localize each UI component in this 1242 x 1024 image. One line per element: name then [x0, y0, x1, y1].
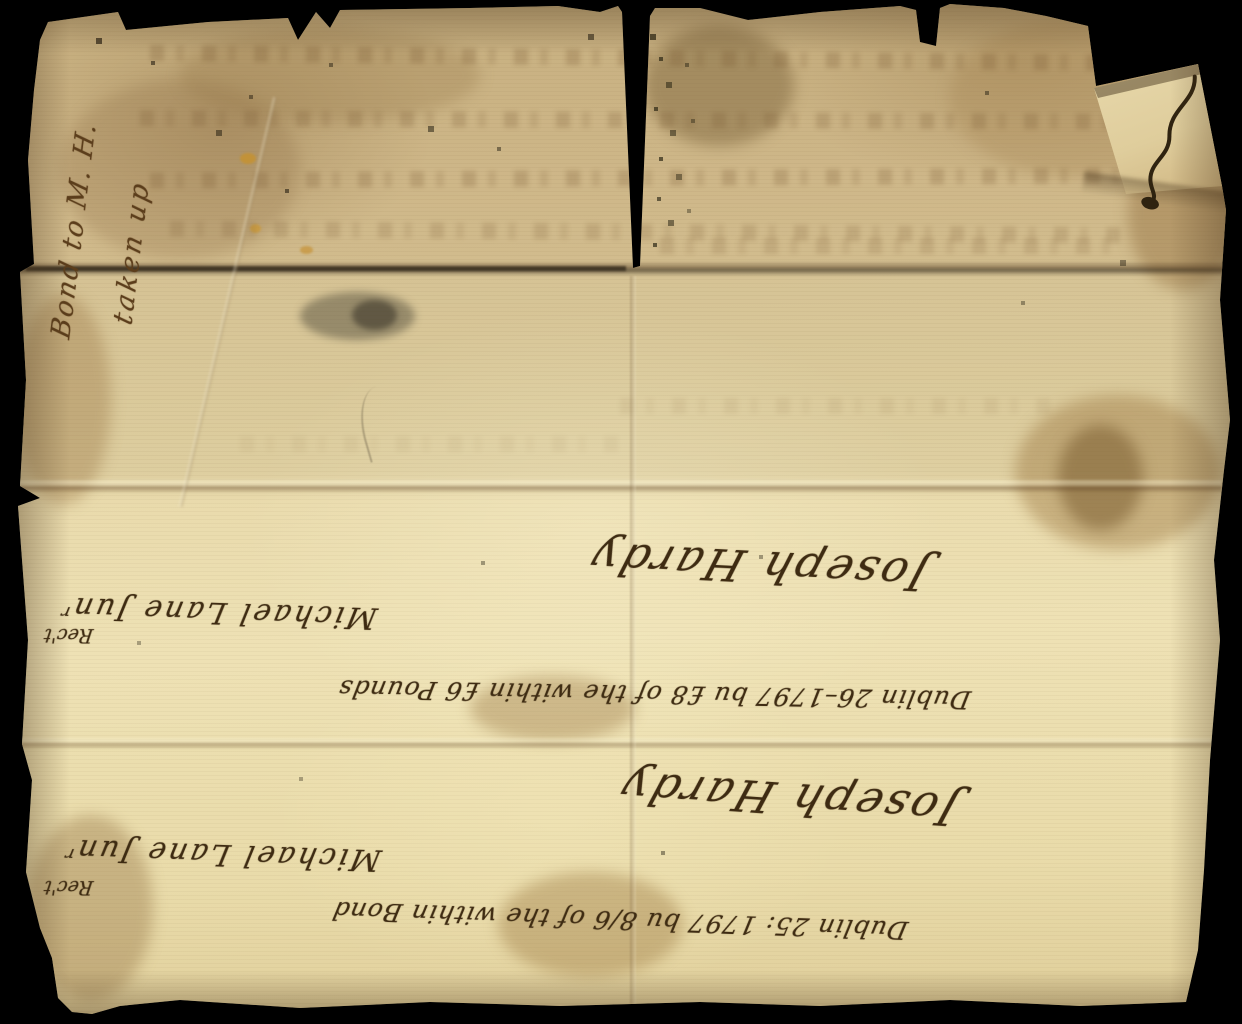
edge-shading	[0, 970, 1242, 1024]
scanner-background: Bond to M. H. taken up Joseph Hardy Mich…	[0, 0, 1242, 1024]
wax-spot	[300, 246, 313, 254]
bleedthrough-text-row	[620, 398, 1050, 414]
fold-crease	[14, 480, 1222, 493]
manuscript-paper: Bond to M. H. taken up Joseph Hardy Mich…	[0, 0, 1242, 1024]
stain	[1058, 425, 1143, 530]
bleedthrough-text-row	[660, 238, 1120, 254]
ink-specks	[0, 0, 2, 2]
edge-shading	[0, 0, 1242, 54]
edge-shading	[1170, 0, 1242, 1024]
vertical-fold-crease	[630, 276, 636, 1004]
mildew-specks	[0, 0, 2, 2]
edge-shading	[0, 0, 70, 1024]
wax-spot	[240, 153, 256, 164]
mold-blotch	[352, 300, 397, 330]
bleedthrough-text-row	[240, 436, 620, 452]
ink-specks	[0, 0, 2, 2]
fold-crease	[20, 738, 1212, 749]
